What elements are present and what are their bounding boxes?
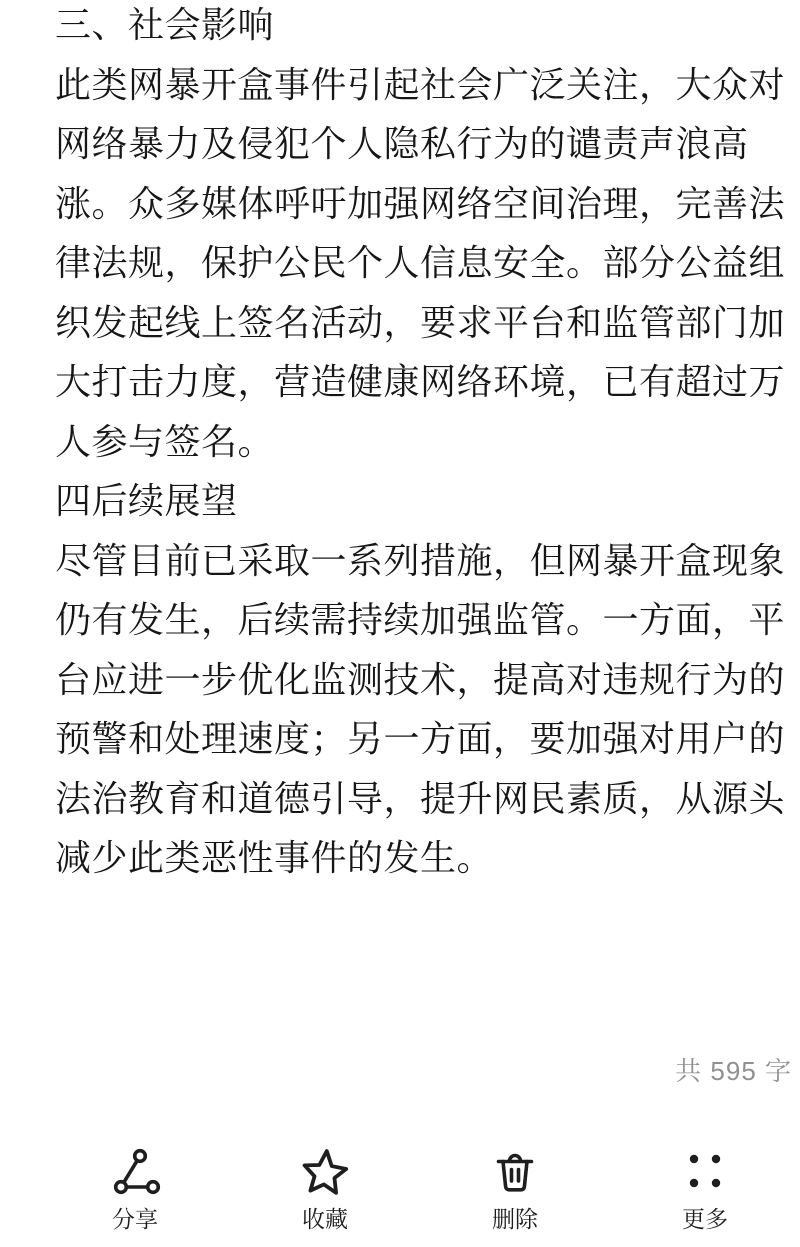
bottom-toolbar: 分享 收藏 删除 <box>0 1147 800 1231</box>
delete-button[interactable]: 删除 <box>420 1147 610 1231</box>
text-line: 网络暴力及侵犯个人隐私行为的谴责声浪高 <box>55 114 780 174</box>
more-button-label: 更多 <box>682 1207 728 1231</box>
text-line: 仍有发生，后续需持续加强监管。一方面，平 <box>55 590 780 650</box>
text-line: 法治教育和道德引导，提升网民素质，从源头 <box>55 769 780 829</box>
text-line: 大打击力度，营造健康网络环境，已有超过万 <box>55 352 780 412</box>
text-line: 织发起线上签名活动，要求平台和监管部门加 <box>55 293 780 353</box>
share-button-label: 分享 <box>112 1207 158 1231</box>
star-icon <box>301 1147 349 1195</box>
note-viewer-page: 三、社会影响此类网暴开盒事件引起社会广泛关注，大众对网络暴力及侵犯个人隐私行为的… <box>0 0 800 1247</box>
favorite-button[interactable]: 收藏 <box>230 1147 420 1231</box>
text-line: 涨。众多媒体呼吁加强网络空间治理，完善法 <box>55 174 780 234</box>
text-line: 律法规，保护公民个人信息安全。部分公益组 <box>55 233 780 293</box>
text-line: 四后续展望 <box>55 471 780 531</box>
text-line: 此类网暴开盒事件引起社会广泛关注，大众对 <box>55 55 780 115</box>
document-lines: 三、社会影响此类网暴开盒事件引起社会广泛关注，大众对网络暴力及侵犯个人隐私行为的… <box>55 0 780 888</box>
text-line: 人参与签名。 <box>55 412 780 472</box>
text-line: 预警和处理速度；另一方面，要加强对用户的 <box>55 709 780 769</box>
text-line: 减少此类恶性事件的发生。 <box>55 828 780 888</box>
text-line: 尽管目前已采取一系列措施，但网暴开盒现象 <box>55 531 780 591</box>
delete-button-label: 删除 <box>492 1207 538 1231</box>
more-button[interactable]: 更多 <box>610 1147 800 1231</box>
text-line: 三、社会影响 <box>55 0 780 55</box>
favorite-button-label: 收藏 <box>302 1207 348 1231</box>
share-button[interactable]: 分享 <box>40 1147 230 1231</box>
trash-icon <box>492 1147 538 1195</box>
text-line: 台应进一步优化监测技术，提高对违规行为的 <box>55 650 780 710</box>
more-icon <box>681 1147 729 1195</box>
document-content[interactable]: 三、社会影响此类网暴开盒事件引起社会广泛关注，大众对网络暴力及侵犯个人隐私行为的… <box>0 0 800 888</box>
word-count-label: 共 595 字 <box>675 1058 792 1084</box>
share-icon <box>110 1147 160 1195</box>
